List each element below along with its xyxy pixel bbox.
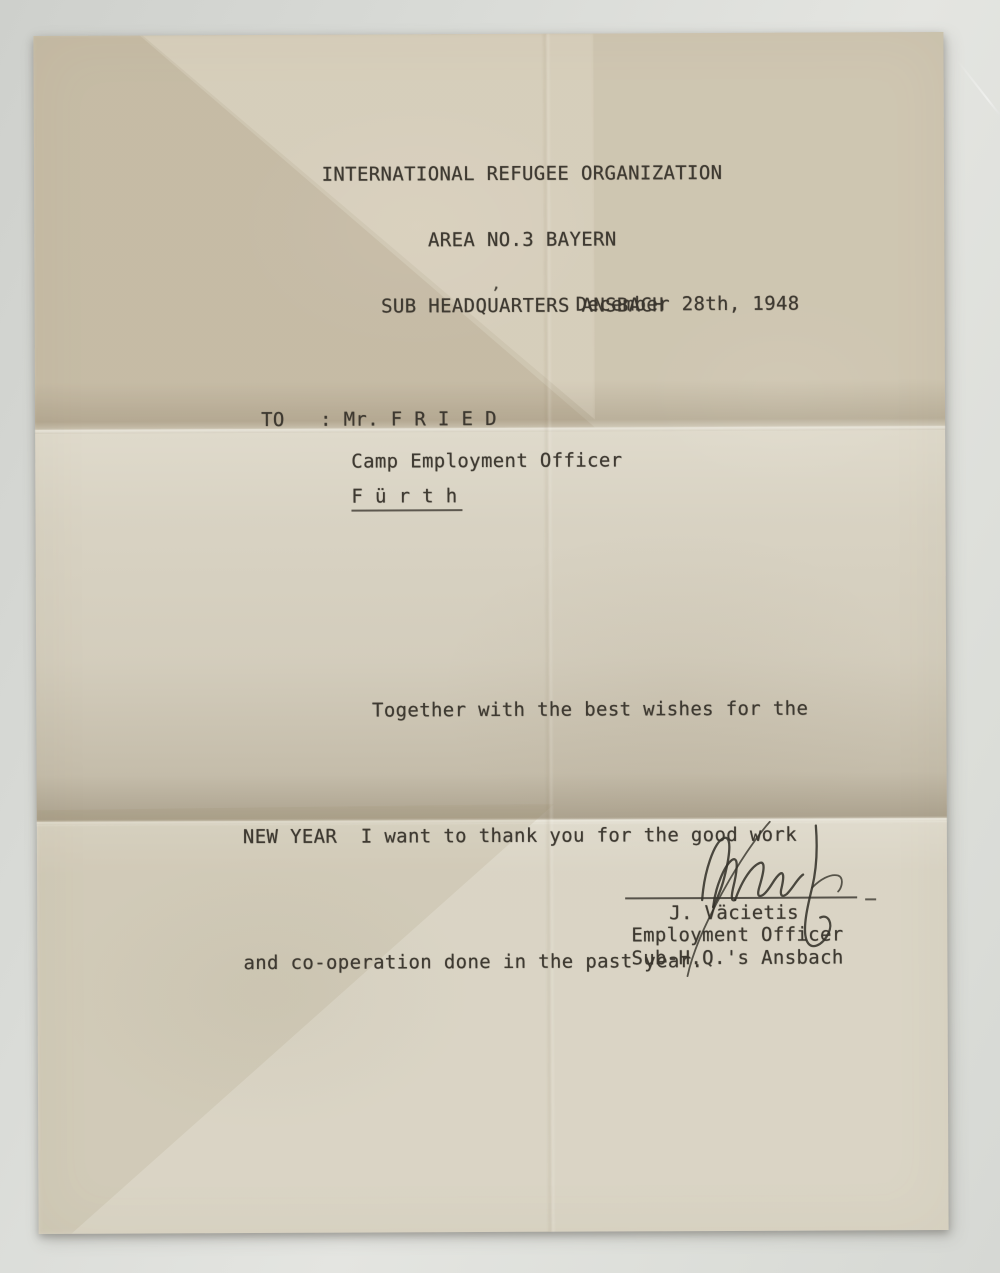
- date-line: December 28th, 1948: [576, 293, 800, 316]
- letterhead: INTERNATIONAL REFUGEE ORGANIZATION AREA …: [242, 118, 803, 362]
- letter-paper: INTERNATIONAL REFUGEE ORGANIZATION AREA …: [33, 32, 948, 1234]
- background-scratch-line: [956, 59, 1000, 178]
- letterhead-line-area: AREA NO.3 BAYERN: [242, 228, 802, 252]
- recipient-to-line: TO : Mr. F R I E D: [261, 408, 497, 431]
- recipient-location-underlined: F ü r t h: [351, 485, 462, 511]
- letterhead-line-organization: INTERNATIONAL REFUGEE ORGANIZATION: [242, 162, 802, 186]
- photo-of-letter: INTERNATIONAL REFUGEE ORGANIZATION AREA …: [0, 0, 1000, 1273]
- signature-scrawl: [602, 807, 903, 998]
- recipient-title-line: Camp Employment Officer: [351, 449, 622, 472]
- recipient-location-line: F ü r t h: [351, 485, 462, 511]
- body-line-1: Together with the best wishes for the: [242, 688, 808, 732]
